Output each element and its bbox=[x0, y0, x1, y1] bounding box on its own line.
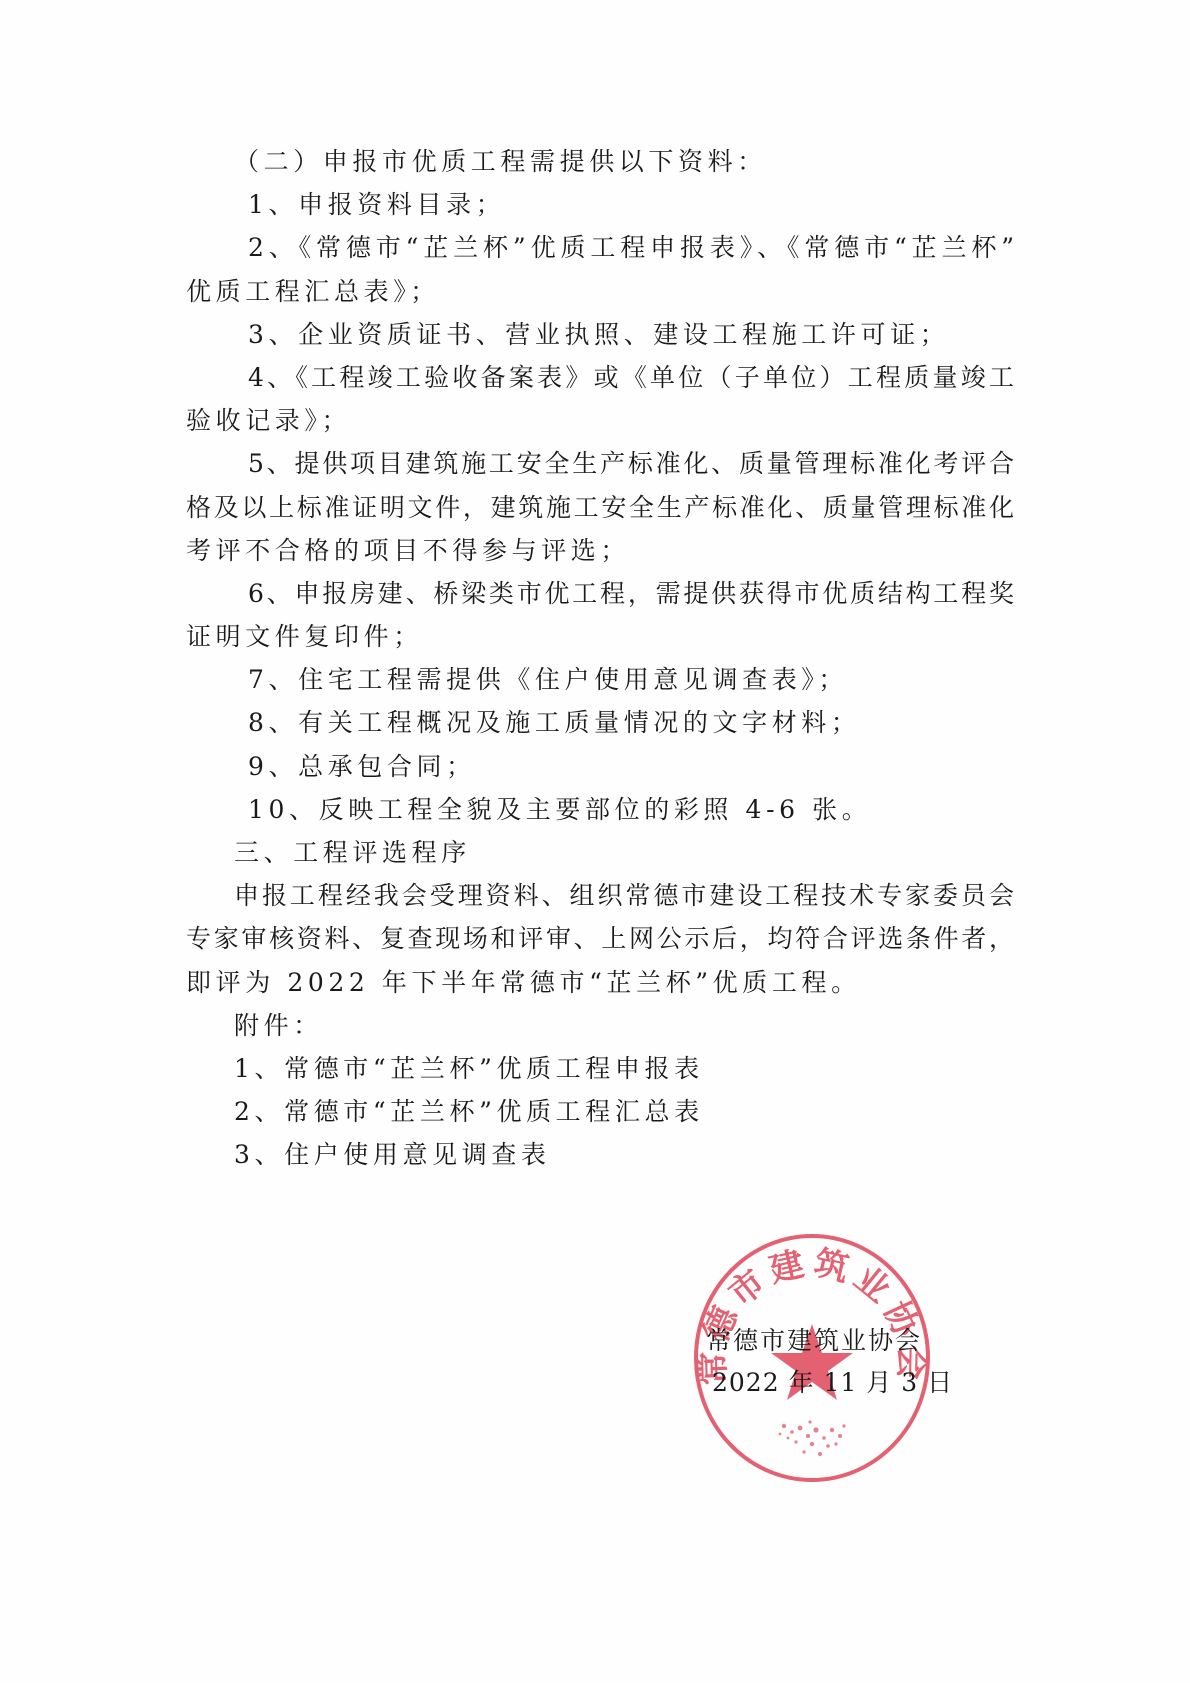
list-item-3: 3、企业资质证书、营业执照、建设工程施工许可证； bbox=[186, 313, 1014, 356]
signature-organization: 常德市建筑业协会 bbox=[706, 1328, 922, 1353]
attachment-item-3: 3、住户使用意见调查表 bbox=[186, 1133, 1014, 1176]
section-three-paragraph-line-2: 专家审核资料、复查现场和评审、上网公示后，均符合评选条件者， bbox=[186, 917, 1014, 960]
document-page: （二）申报市优质工程需提供以下资料： 1、申报资料目录； 2、《常德市“芷兰杯”… bbox=[0, 0, 1190, 1683]
list-item-7: 7、住宅工程需提供《住户使用意见调查表》； bbox=[186, 658, 1014, 701]
list-item-8: 8、有关工程概况及施工质量情况的文字材料； bbox=[186, 701, 1014, 744]
list-item-9: 9、总承包合同； bbox=[186, 745, 1014, 788]
list-item-5-line-2: 格及以上标准证明文件，建筑施工安全生产标准化、质量管理标准化 bbox=[186, 486, 1014, 529]
list-item-10: 10、反映工程全貌及主要部位的彩照 4-6 张。 bbox=[186, 788, 1014, 831]
document-body: （二）申报市优质工程需提供以下资料： 1、申报资料目录； 2、《常德市“芷兰杯”… bbox=[186, 140, 1014, 1177]
section-three-heading: 三、工程评选程序 bbox=[186, 831, 1014, 874]
official-seal-icon: 常德市建筑业协会 bbox=[692, 1232, 932, 1484]
list-item-2-line-2: 优质工程汇总表》； bbox=[186, 270, 1014, 313]
attachment-item-1: 1、常德市“芷兰杯”优质工程申报表 bbox=[186, 1047, 1014, 1090]
attachment-item-2: 2、常德市“芷兰杯”优质工程汇总表 bbox=[186, 1090, 1014, 1133]
list-item-6-line-1: 6、申报房建、桥梁类市优工程，需提供获得市优质结构工程奖 bbox=[186, 572, 1014, 615]
section-three-paragraph-line-3: 即评为 2022 年下半年常德市“芷兰杯”优质工程。 bbox=[186, 961, 1014, 1004]
list-item-1: 1、申报资料目录； bbox=[186, 183, 1014, 226]
list-item-5-line-1: 5、提供项目建筑施工安全生产标准化、质量管理标准化考评合 bbox=[186, 442, 1014, 485]
list-item-5-line-3: 考评不合格的项目不得参与评选； bbox=[186, 529, 1014, 572]
list-item-6-line-2: 证明文件复印件； bbox=[186, 615, 1014, 658]
list-item-4-line-2: 验收记录》； bbox=[186, 399, 1014, 442]
attachments-label: 附件： bbox=[186, 1004, 1014, 1047]
list-item-4-line-1: 4、《工程竣工验收备案表》或《单位（子单位）工程质量竣工 bbox=[186, 356, 1014, 399]
section-three-paragraph-line-1: 申报工程经我会受理资料、组织常德市建设工程技术专家委员会 bbox=[186, 874, 1014, 917]
section-two-heading: （二）申报市优质工程需提供以下资料： bbox=[186, 140, 1014, 183]
list-item-2-line-1: 2、《常德市“芷兰杯”优质工程申报表》、《常德市“芷兰杯” bbox=[186, 226, 1014, 269]
signature-date: 2022 年 11 月 3 日 bbox=[712, 1370, 953, 1395]
